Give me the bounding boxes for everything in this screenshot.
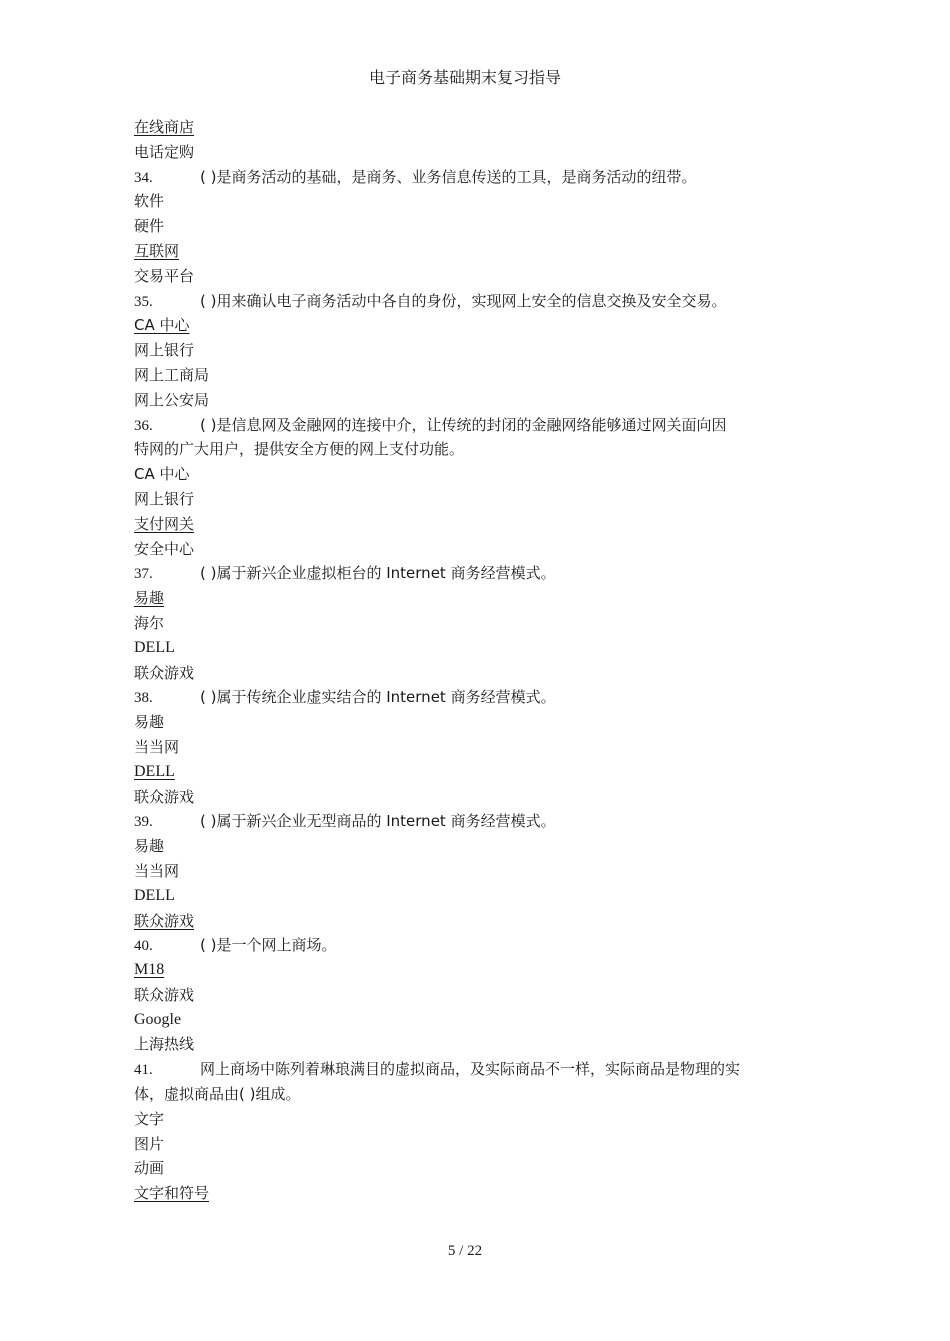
question-stem: ( )是一个网上商场。 — [200, 936, 336, 954]
question-41: 41.网上商场中陈列着琳琅满目的虚拟商品，及实际商品不一样，实际商品是物理的实 — [134, 1057, 804, 1082]
option: 动画 — [134, 1156, 804, 1181]
option-correct: CA 中心 — [134, 313, 804, 338]
option: 上海热线 — [134, 1032, 804, 1057]
option: DELL — [134, 636, 804, 661]
question-number: 41. — [134, 1058, 200, 1083]
option: 交易平台 — [134, 264, 804, 289]
option: 当当网 — [134, 859, 804, 884]
option-correct: M18 — [134, 958, 804, 983]
option: 易趣 — [134, 710, 804, 735]
question-38: 38.( )属于传统企业虚实结合的 Internet 商务经营模式。 — [134, 685, 804, 710]
option-correct: 易趣 — [134, 586, 804, 611]
option: 当当网 — [134, 735, 804, 760]
option: 网上银行 — [134, 487, 804, 512]
question-number: 34. — [134, 166, 200, 191]
option-correct: DELL — [134, 760, 804, 785]
question-34: 34.( )是商务活动的基础，是商务、业务信息传送的工具，是商务活动的纽带。 — [134, 165, 804, 190]
question-number: 40. — [134, 934, 200, 959]
option: 图片 — [134, 1132, 804, 1157]
question-number: 36. — [134, 414, 200, 439]
question-37: 37.( )属于新兴企业虚拟柜台的 Internet 商务经营模式。 — [134, 561, 804, 586]
option-correct: 联众游戏 — [134, 909, 804, 934]
option-correct: 互联网 — [134, 239, 804, 264]
option: 网上工商局 — [134, 363, 804, 388]
option: 文字 — [134, 1107, 804, 1132]
option: 软件 — [134, 189, 804, 214]
option: 硬件 — [134, 214, 804, 239]
question-36: 36.( )是信息网及金融网的连接中介，让传统的封闭的金融网络能够通过网关面向因 — [134, 413, 804, 438]
option-correct: 文字和符号 — [134, 1181, 804, 1206]
option: 联众游戏 — [134, 661, 804, 686]
document-body: 在线商店 电话定购 34.( )是商务活动的基础，是商务、业务信息传送的工具，是… — [134, 115, 804, 1206]
question-stem: ( )是商务活动的基础，是商务、业务信息传送的工具，是商务活动的纽带。 — [200, 168, 696, 186]
question-stem: ( )是信息网及金融网的连接中介，让传统的封闭的金融网络能够通过网关面向因 — [200, 416, 726, 434]
question-number: 38. — [134, 686, 200, 711]
question-39: 39.( )属于新兴企业无型商品的 Internet 商务经营模式。 — [134, 809, 804, 834]
page-number: 5 / 22 — [0, 1243, 930, 1260]
option: Google — [134, 1008, 804, 1033]
question-number: 39. — [134, 810, 200, 835]
option: 安全中心 — [134, 537, 804, 562]
question-stem: ( )属于新兴企业无型商品的 Internet 商务经营模式。 — [200, 812, 556, 830]
option: 联众游戏 — [134, 983, 804, 1008]
option: 网上公安局 — [134, 388, 804, 413]
page-header-title: 电子商务基础期末复习指导 — [0, 66, 930, 90]
question-stem: ( )属于传统企业虚实结合的 Internet 商务经营模式。 — [200, 688, 556, 706]
question-stem: ( )用来确认电子商务活动中各自的身份，实现网上安全的信息交换及安全交易。 — [200, 292, 726, 310]
question-40: 40.( )是一个网上商场。 — [134, 933, 804, 958]
option: DELL — [134, 884, 804, 909]
question-stem: 网上商场中陈列着琳琅满目的虚拟商品，及实际商品不一样，实际商品是物理的实 — [200, 1060, 740, 1078]
option: 网上银行 — [134, 338, 804, 363]
option: 海尔 — [134, 611, 804, 636]
question-stem-continued: 特网的广大用户，提供安全方便的网上支付功能。 — [134, 437, 804, 462]
question-number: 35. — [134, 290, 200, 315]
option: 联众游戏 — [134, 785, 804, 810]
option-correct: 在线商店 — [134, 115, 804, 140]
question-number: 37. — [134, 562, 200, 587]
option: CA 中心 — [134, 462, 804, 487]
option-correct: 支付网关 — [134, 512, 804, 537]
question-35: 35.( )用来确认电子商务活动中各自的身份，实现网上安全的信息交换及安全交易。 — [134, 289, 804, 314]
question-stem: ( )属于新兴企业虚拟柜台的 Internet 商务经营模式。 — [200, 564, 556, 582]
option: 电话定购 — [134, 140, 804, 165]
question-stem-continued: 体，虚拟商品由( )组成。 — [134, 1082, 804, 1107]
option: 易趣 — [134, 834, 804, 859]
